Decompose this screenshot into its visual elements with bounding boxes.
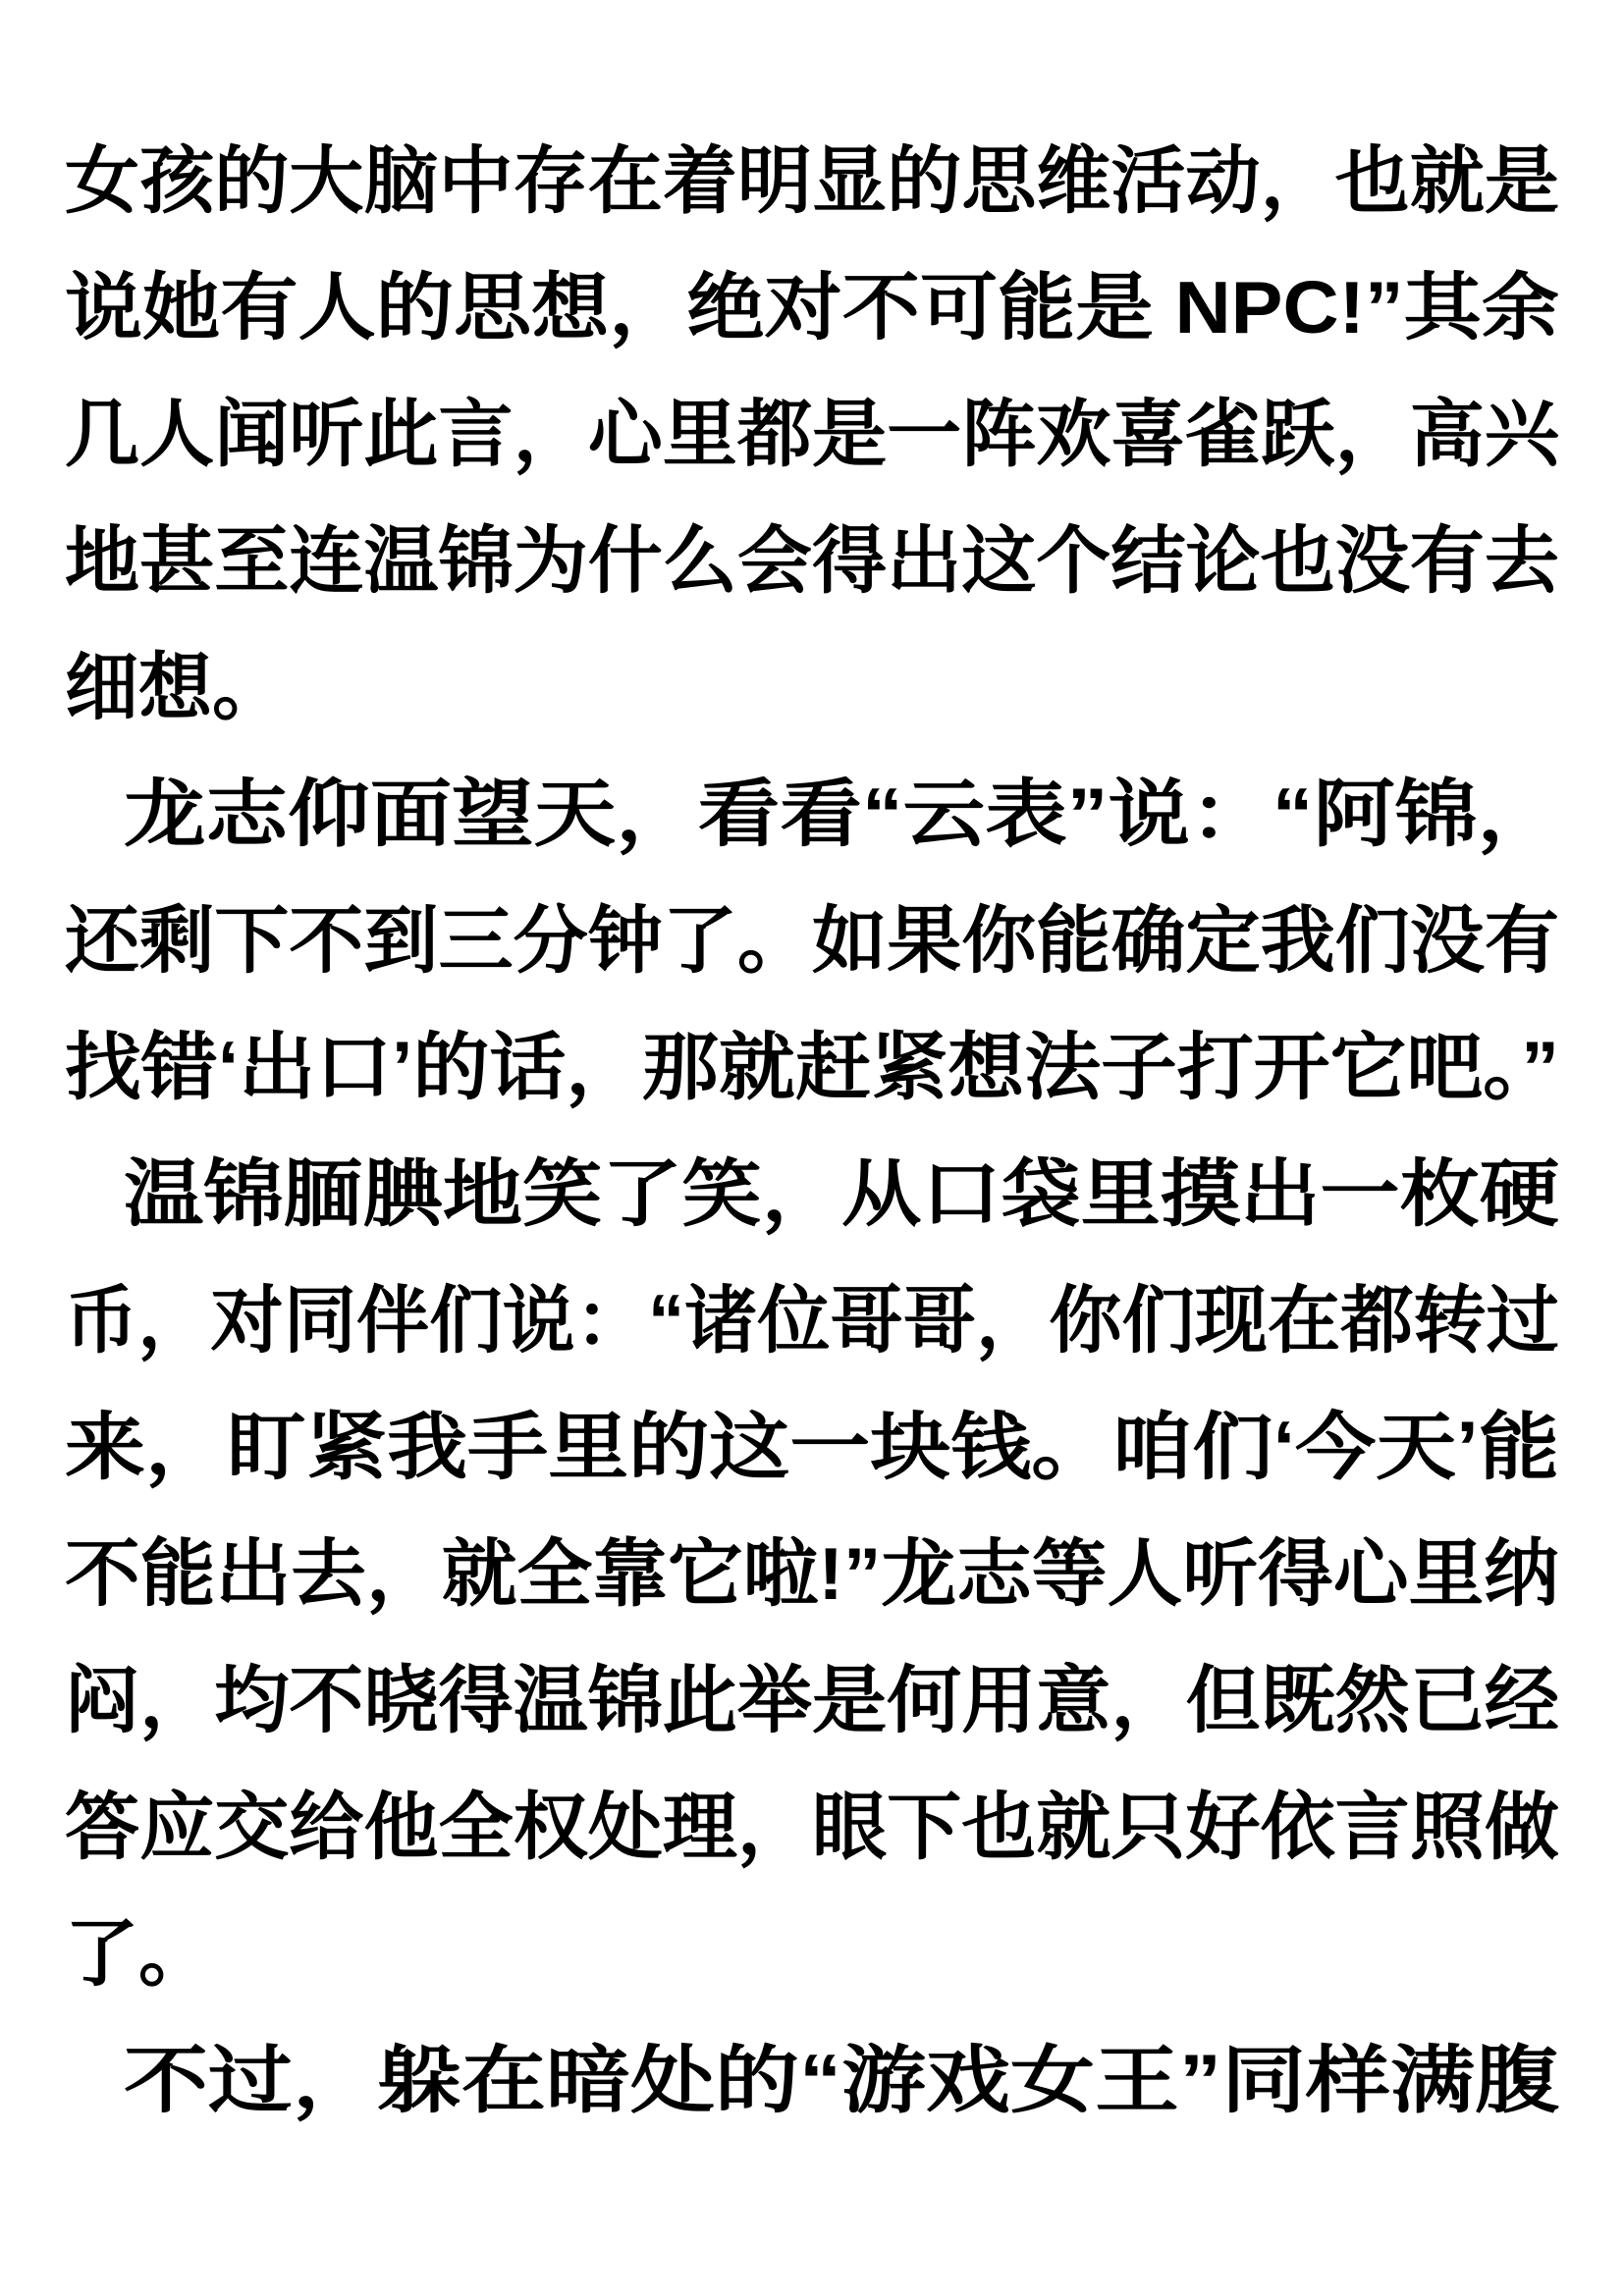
text-line-content: 不能出去，就全靠它啦!”龙志等人听得心里纳	[65, 1511, 1559, 1637]
text-line-content: 来，盯紧我手里的这一块钱。咱们‘今天’能	[65, 1384, 1559, 1511]
text-line-content: 龙志仰面望天，看看“云表”说：“阿锦，	[124, 751, 1559, 878]
text-line-content: 不过，躲在暗处的“游戏女王”同样满腹	[124, 2017, 1559, 2144]
text-line: 女孩的大脑中存在着明显的思维活动，也就是	[65, 118, 1559, 244]
text-body: 女孩的大脑中存在着明显的思维活动，也就是说她有人的思想，绝对不可能是 NPC!”…	[65, 118, 1559, 2144]
text-line-content: 说她有人的思想，绝对不可能是 NPC!”其余	[65, 244, 1559, 371]
text-line: 龙志仰面望天，看看“云表”说：“阿锦，	[65, 751, 1559, 878]
text-line: 来，盯紧我手里的这一块钱。咱们‘今天’能	[65, 1384, 1559, 1511]
text-line-content: 还剩下不到三分钟了。如果你能确定我们没有	[65, 878, 1559, 1004]
text-line: 不过，躲在暗处的“游戏女王”同样满腹	[65, 2017, 1559, 2144]
text-line: 找错‘出口’的话，那就赶紧想法子打开它吧。”	[65, 1004, 1559, 1131]
text-line-content: 细想。	[65, 624, 286, 751]
ebook-page: 女孩的大脑中存在着明显的思维活动，也就是说她有人的思想，绝对不可能是 NPC!”…	[0, 0, 1624, 2296]
text-line-content: 闷，均不晓得温锦此举是何用意，但既然已经	[65, 1637, 1559, 1764]
text-line-content: 几人闻听此言，心里都是一阵欢喜雀跃，高兴	[65, 371, 1559, 498]
text-line-content: 答应交给他全权处理，眼下也就只好依言照做	[65, 1764, 1559, 1891]
text-line: 闷，均不晓得温锦此举是何用意，但既然已经	[65, 1637, 1559, 1764]
text-line: 细想。	[65, 624, 1559, 751]
text-line-content: 了。	[65, 1891, 212, 2017]
text-line: 还剩下不到三分钟了。如果你能确定我们没有	[65, 878, 1559, 1004]
text-line-content: 币，对同伴们说：“诸位哥哥，你们现在都转过	[65, 1257, 1559, 1384]
text-line-content: 地甚至连温锦为什么会得出这个结论也没有去	[65, 498, 1559, 624]
text-line: 不能出去，就全靠它啦!”龙志等人听得心里纳	[65, 1511, 1559, 1637]
text-line: 了。	[65, 1891, 1559, 2017]
text-line: 温锦腼腆地笑了笑，从口袋里摸出一枚硬	[65, 1131, 1559, 1257]
text-line: 地甚至连温锦为什么会得出这个结论也没有去	[65, 498, 1559, 624]
text-line: 几人闻听此言，心里都是一阵欢喜雀跃，高兴	[65, 371, 1559, 498]
text-line: 币，对同伴们说：“诸位哥哥，你们现在都转过	[65, 1257, 1559, 1384]
text-line: 答应交给他全权处理，眼下也就只好依言照做	[65, 1764, 1559, 1891]
text-line-content: 找错‘出口’的话，那就赶紧想法子打开它吧。”	[65, 1004, 1559, 1131]
text-line: 说她有人的思想，绝对不可能是 NPC!”其余	[65, 244, 1559, 371]
text-line-content: 温锦腼腆地笑了笑，从口袋里摸出一枚硬	[124, 1131, 1559, 1257]
text-line-content: 女孩的大脑中存在着明显的思维活动，也就是	[65, 118, 1559, 244]
